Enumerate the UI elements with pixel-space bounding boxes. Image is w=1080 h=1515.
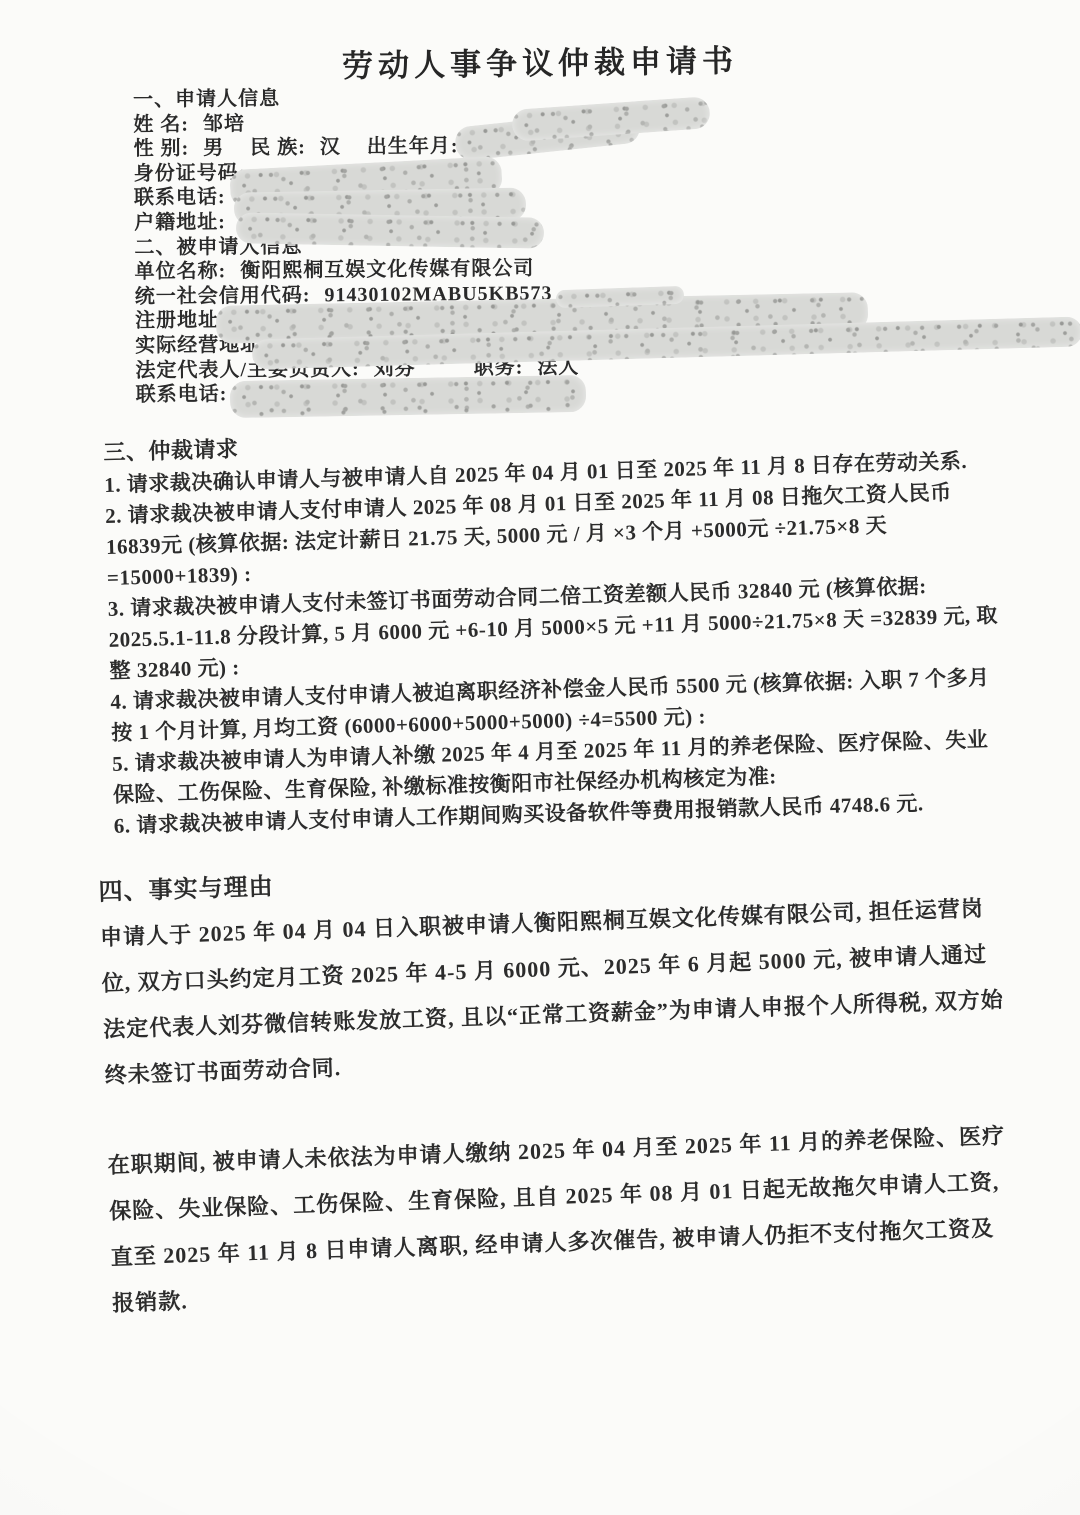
household-address-label: 户籍地址: bbox=[134, 211, 226, 234]
redaction-respondent-phone bbox=[230, 375, 587, 418]
claims-block: 三、仲裁请求 1. 请求裁决确认申请人与被申请人自 2025 年 04 月 01… bbox=[103, 412, 1006, 842]
facts-paragraph-2: 在职期间, 被申请人未依法为申请人缴纳 2025 年 04 月至 2025 年 … bbox=[107, 1113, 1019, 1327]
ethnic-value: 汉 bbox=[320, 136, 341, 158]
name-value: 邹培 bbox=[203, 113, 245, 135]
gender-label: 性 别: bbox=[133, 138, 189, 160]
birth-label: 出生年月: bbox=[367, 135, 459, 158]
ethnic-label: 民 族: bbox=[250, 137, 306, 159]
facts-paragraph-1: 申请人于 2025 年 04 月 04 日入职被申请人衡阳熙桐互娱文化传媒有限公… bbox=[99, 885, 1011, 1099]
scanned-document-page: 劳动人事争议仲裁申请书 一、申请人信息 姓 名:邹培 性 别:男民 族:汉出生年… bbox=[0, 0, 1080, 1515]
respondent-phone-label: 联系电话: bbox=[136, 383, 228, 406]
company-label: 单位名称: bbox=[135, 260, 227, 283]
name-label: 姓 名: bbox=[133, 113, 189, 135]
redaction-household-address bbox=[236, 212, 544, 248]
applicant-phone-label: 联系电话: bbox=[134, 187, 226, 210]
facts-block: 四、事实与理由 申请人于 2025 年 04 月 04 日入职被申请人衡阳熙桐互… bbox=[98, 842, 1019, 1327]
registered-address-label: 注册地址: bbox=[135, 310, 227, 333]
gender-value: 男 bbox=[203, 137, 224, 159]
company-value: 衡阳熙桐互娱文化传媒有限公司 bbox=[240, 258, 534, 283]
